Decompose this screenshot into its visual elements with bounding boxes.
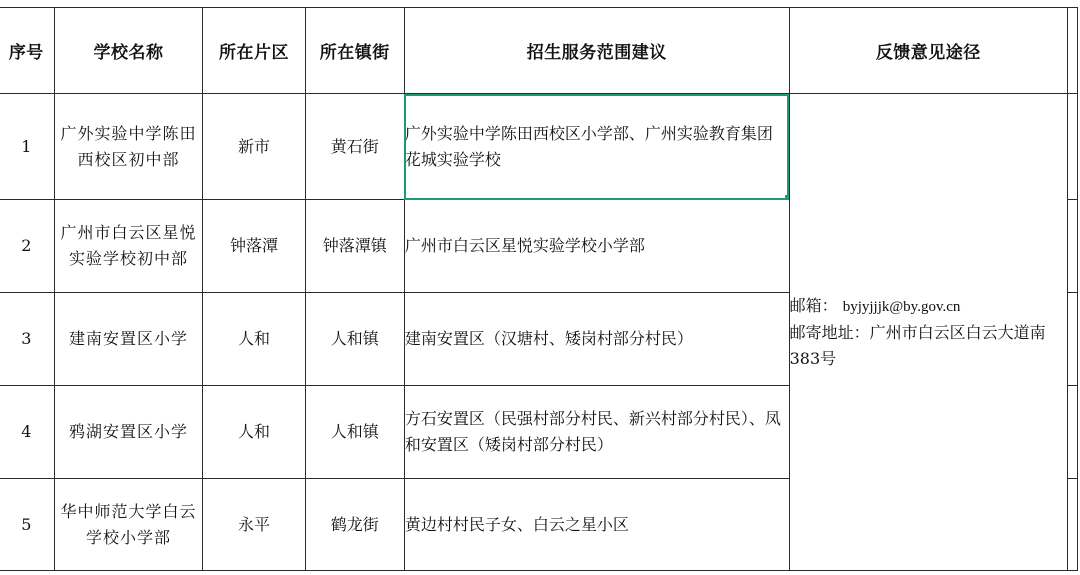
spreadsheet-sheet: 序号 学校名称 所在片区 所在镇街 招生服务范围建议 反馈意见途径 1 广外实验… — [0, 0, 1080, 575]
cell-range-text: 广外实验中学陈田西校区小学部、广州实验教育集团花城实验学校 — [405, 124, 773, 169]
feedback-address-line: 邮寄地址：广州市白云区白云大道南383号 — [790, 320, 1067, 372]
cell-range[interactable]: 广州市白云区星悦实验学校小学部 — [404, 200, 789, 293]
header-area[interactable]: 所在片区 — [203, 8, 305, 94]
table-row: 1 广外实验中学陈田西校区初中部 新市 黄石街 广外实验中学陈田西校区小学部、广… — [0, 94, 1078, 200]
cell-town[interactable]: 人和镇 — [305, 293, 404, 386]
cell-school[interactable]: 建南安置区小学 — [54, 293, 203, 386]
header-feedback[interactable]: 反馈意见途径 — [789, 8, 1067, 94]
cell-area[interactable]: 人和 — [203, 293, 305, 386]
header-range[interactable]: 招生服务范围建议 — [404, 8, 789, 94]
address-label: 邮寄地址： — [790, 323, 870, 342]
header-town[interactable]: 所在镇街 — [305, 8, 404, 94]
header-row: 序号 学校名称 所在片区 所在镇街 招生服务范围建议 反馈意见途径 — [0, 8, 1078, 94]
cell-extra[interactable] — [1068, 200, 1078, 293]
cell-school[interactable]: 广州市白云区星悦实验学校初中部 — [54, 200, 203, 293]
cell-area[interactable]: 新市 — [203, 94, 305, 200]
cell-school[interactable]: 华中师范大学白云学校小学部 — [54, 479, 203, 571]
cell-area[interactable]: 永平 — [203, 479, 305, 571]
email-label: 邮箱： — [790, 296, 838, 315]
cell-town[interactable]: 黄石街 — [305, 94, 404, 200]
cell-feedback[interactable]: 邮箱： byjyjjjk@by.gov.cn 邮寄地址：广州市白云区白云大道南3… — [789, 94, 1067, 571]
cell-area[interactable]: 人和 — [203, 386, 305, 479]
cell-extra[interactable] — [1068, 94, 1078, 200]
cell-extra[interactable] — [1068, 293, 1078, 386]
cell-school[interactable]: 鸦湖安置区小学 — [54, 386, 203, 479]
cell-extra[interactable] — [1068, 386, 1078, 479]
cell-school[interactable]: 广外实验中学陈田西校区初中部 — [54, 94, 203, 200]
header-school[interactable]: 学校名称 — [54, 8, 203, 94]
cell-range[interactable]: 方石安置区（民强村部分村民、新兴村部分村民）、凤和安置区（矮岗村部分村民） — [404, 386, 789, 479]
cell-range[interactable]: 建南安置区（汉塘村、矮岗村部分村民） — [404, 293, 789, 386]
header-extra[interactable] — [1068, 8, 1078, 94]
cell-num[interactable]: 4 — [0, 386, 54, 479]
enrollment-table: 序号 学校名称 所在片区 所在镇街 招生服务范围建议 反馈意见途径 1 广外实验… — [0, 7, 1078, 571]
cell-range[interactable]: 黄边村村民子女、白云之星小区 — [404, 479, 789, 571]
feedback-email-line: 邮箱： byjyjjjk@by.gov.cn — [790, 293, 1067, 320]
email-value: byjyjjjk@by.gov.cn — [843, 299, 961, 315]
cell-num[interactable]: 3 — [0, 293, 54, 386]
cell-num[interactable]: 2 — [0, 200, 54, 293]
cell-town[interactable]: 人和镇 — [305, 386, 404, 479]
cell-town[interactable]: 钟落潭镇 — [305, 200, 404, 293]
cell-town[interactable]: 鹤龙街 — [305, 479, 404, 571]
header-num[interactable]: 序号 — [0, 8, 54, 94]
cell-area[interactable]: 钟落潭 — [203, 200, 305, 293]
cell-extra[interactable] — [1068, 479, 1078, 571]
cell-range-selected[interactable]: 广外实验中学陈田西校区小学部、广州实验教育集团花城实验学校 — [404, 94, 789, 200]
cell-num[interactable]: 1 — [0, 94, 54, 200]
cell-num[interactable]: 5 — [0, 479, 54, 571]
